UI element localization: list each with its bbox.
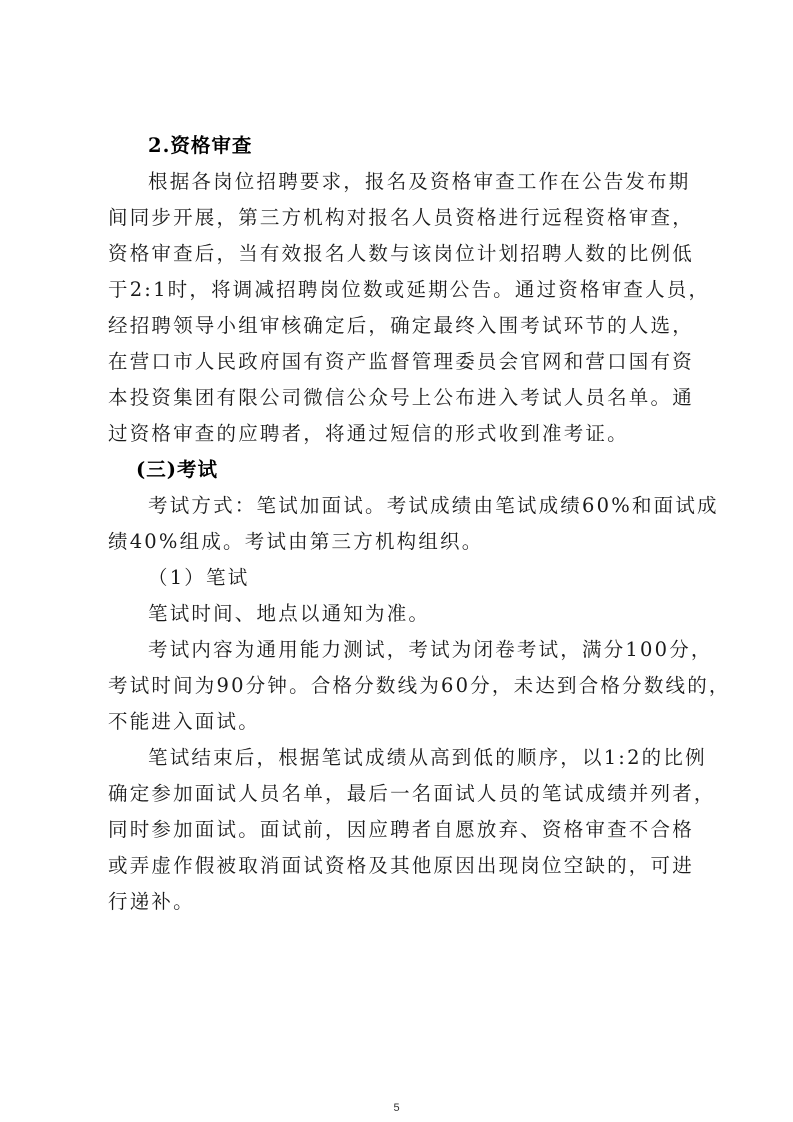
subheading-written-exam: （1）笔试 <box>108 560 692 596</box>
paragraph-line: 笔试结束后，根据笔试成绩从高到低的顺序，以1:2的比例 <box>108 740 692 776</box>
written-exam-time-paragraph: 笔试时间、地点以通知为准。 <box>108 596 692 632</box>
paragraph-line: 资格审查后，当有效报名人数与该岗位计划招聘人数的比例低 <box>108 236 692 272</box>
paragraph-line: 同时参加面试。面试前，因应聘者自愿放弃、资格审查不合格 <box>108 812 692 848</box>
paragraph-line: 不能进入面试。 <box>108 704 692 740</box>
paragraph-line: 本投资集团有限公司微信公众号上公布进入考试人员名单。通 <box>108 380 692 416</box>
page-content: 2.资格审查 根据各岗位招聘要求，报名及资格审查工作在公告发布期 间同步开展，第… <box>108 128 692 920</box>
paragraph-line: 考试内容为通用能力测试，考试为闭卷考试，满分100分， <box>108 632 692 668</box>
paragraph-line: 过资格审查的应聘者，将通过短信的形式收到准考证。 <box>108 416 692 452</box>
paragraph-line: 笔试时间、地点以通知为准。 <box>108 596 692 632</box>
paragraph-line: 在营口市人民政府国有资产监督管理委员会官网和营口国有资 <box>108 344 692 380</box>
page-number: 5 <box>0 1102 793 1114</box>
paragraph-line: 行递补。 <box>108 884 692 920</box>
qualification-review-paragraph: 根据各岗位招聘要求，报名及资格审查工作在公告发布期 间同步开展，第三方机构对报名… <box>108 164 692 452</box>
paragraph-line: 根据各岗位招聘要求，报名及资格审查工作在公告发布期 <box>108 164 692 200</box>
document-page: 2.资格审查 根据各岗位招聘要求，报名及资格审查工作在公告发布期 间同步开展，第… <box>0 0 793 1122</box>
section-heading-qualification-review: 2.资格审查 <box>108 128 692 164</box>
paragraph-line: 或弄虚作假被取消面试资格及其他原因出现岗位空缺的，可进 <box>108 848 692 884</box>
section-heading-exam: (三)考试 <box>108 452 692 488</box>
paragraph-line: 绩40%组成。考试由第三方机构组织。 <box>108 524 692 560</box>
paragraph-line: 考试方式：笔试加面试。考试成绩由笔试成绩60%和面试成 <box>108 488 692 524</box>
paragraph-line: 考试时间为90分钟。合格分数线为60分，未达到合格分数线的， <box>108 668 692 704</box>
exam-method-paragraph: 考试方式：笔试加面试。考试成绩由笔试成绩60%和面试成 绩40%组成。考试由第三… <box>108 488 692 560</box>
paragraph-line: 于2:1时，将调减招聘岗位数或延期公告。通过资格审查人员， <box>108 272 692 308</box>
paragraph-line: 间同步开展，第三方机构对报名人员资格进行远程资格审查， <box>108 200 692 236</box>
paragraph-line: 经招聘领导小组审核确定后，确定最终入围考试环节的人选， <box>108 308 692 344</box>
written-exam-content-paragraph: 考试内容为通用能力测试，考试为闭卷考试，满分100分， 考试时间为90分钟。合格… <box>108 632 692 740</box>
paragraph-line: 确定参加面试人员名单，最后一名面试人员的笔试成绩并列者， <box>108 776 692 812</box>
interview-selection-paragraph: 笔试结束后，根据笔试成绩从高到低的顺序，以1:2的比例 确定参加面试人员名单，最… <box>108 740 692 920</box>
